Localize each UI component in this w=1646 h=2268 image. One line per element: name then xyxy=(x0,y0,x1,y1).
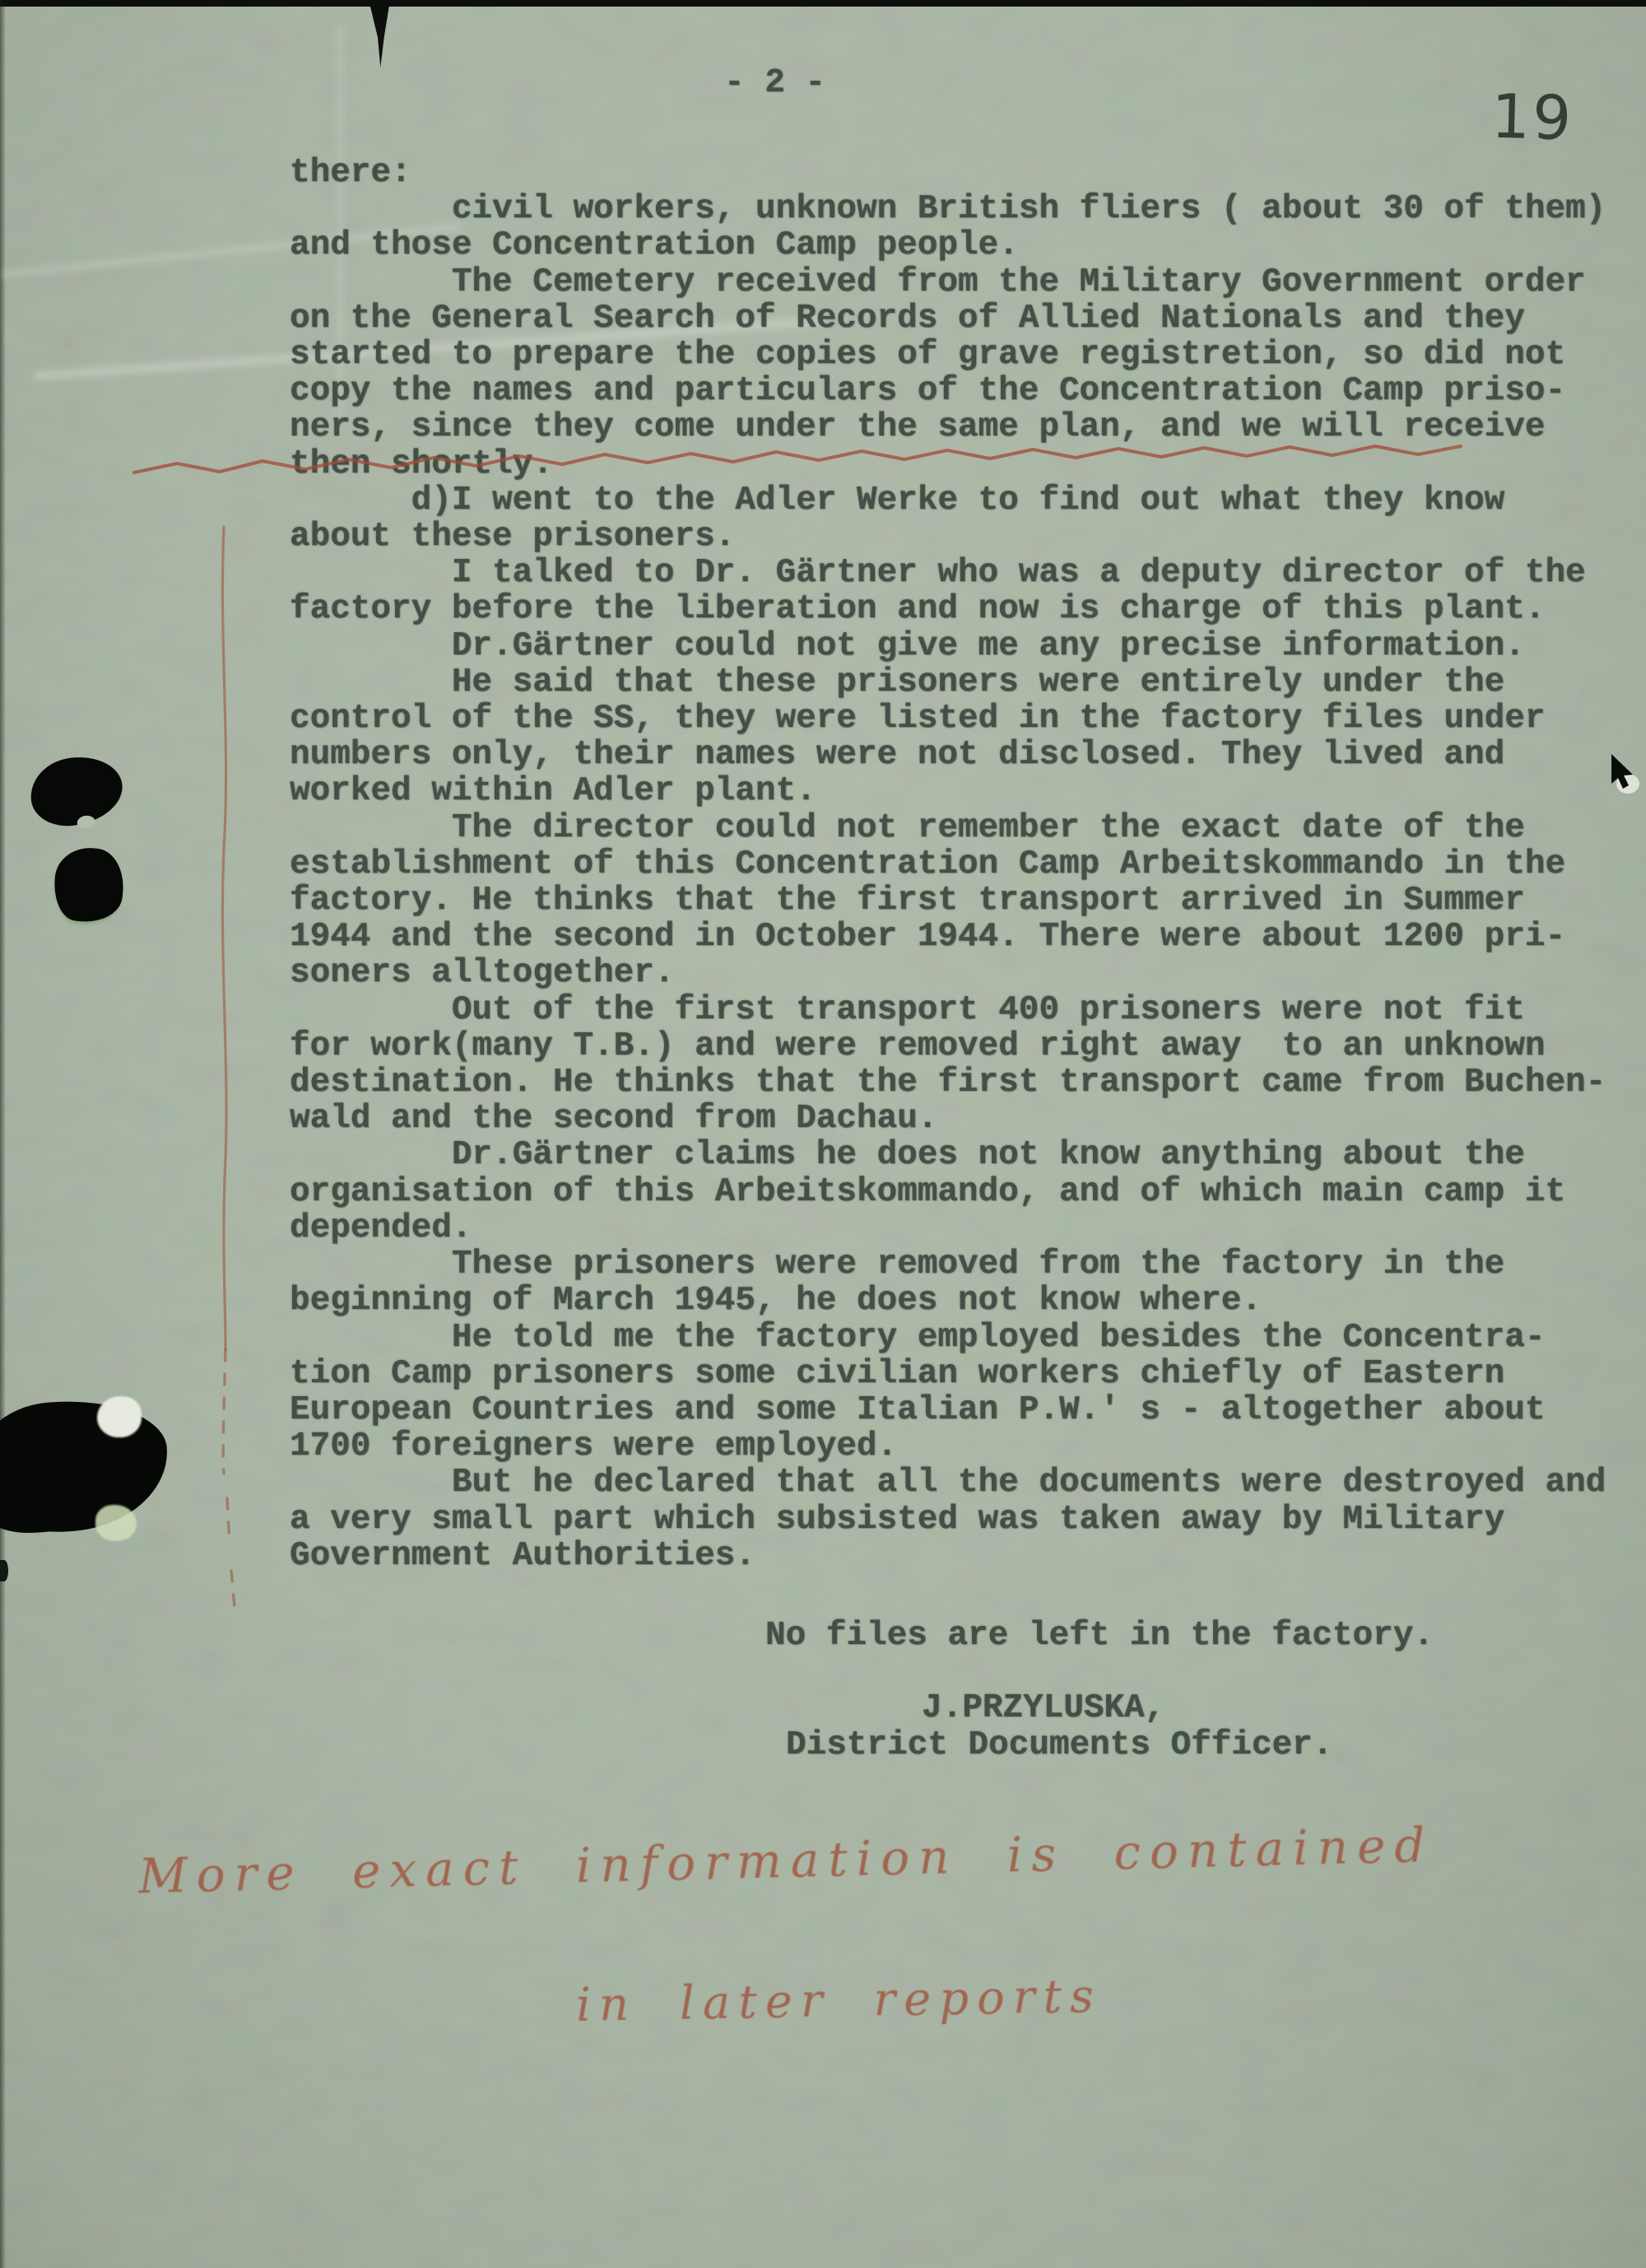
ink-blot xyxy=(26,752,126,830)
handwritten-note-line1: More exact information is contained xyxy=(137,1817,1434,1904)
ink-drip-mark xyxy=(369,0,390,68)
edge-nick-mark xyxy=(0,1560,8,1581)
signature-title: District Documents Officer. xyxy=(786,1726,1332,1764)
signature-name: J.PRZYLUSKA, xyxy=(922,1689,1165,1727)
red-margin-line-annotation-faded xyxy=(223,1350,235,1607)
ink-blot xyxy=(51,845,128,925)
scan-top-edge xyxy=(0,0,1646,7)
red-margin-line-annotation xyxy=(222,527,226,1350)
torn-paper-hole xyxy=(97,1396,142,1437)
scanned-document-page: - 2 - 19 there: civil workers, unknown B… xyxy=(0,0,1646,2268)
page-header-number: - 2 - xyxy=(724,64,825,102)
handwritten-note-line2: in later reports xyxy=(575,1969,1102,2032)
typed-closing-statement: No files are left in the factory. xyxy=(765,1617,1434,1655)
page-number-stamp: 19 xyxy=(1490,81,1574,155)
scan-left-edge-shadow xyxy=(0,0,6,2268)
paper-stain-patch xyxy=(95,1505,137,1541)
ink-blot-notch xyxy=(77,815,96,831)
typed-body-text: there: civil workers, unknown British fl… xyxy=(290,155,1606,1574)
